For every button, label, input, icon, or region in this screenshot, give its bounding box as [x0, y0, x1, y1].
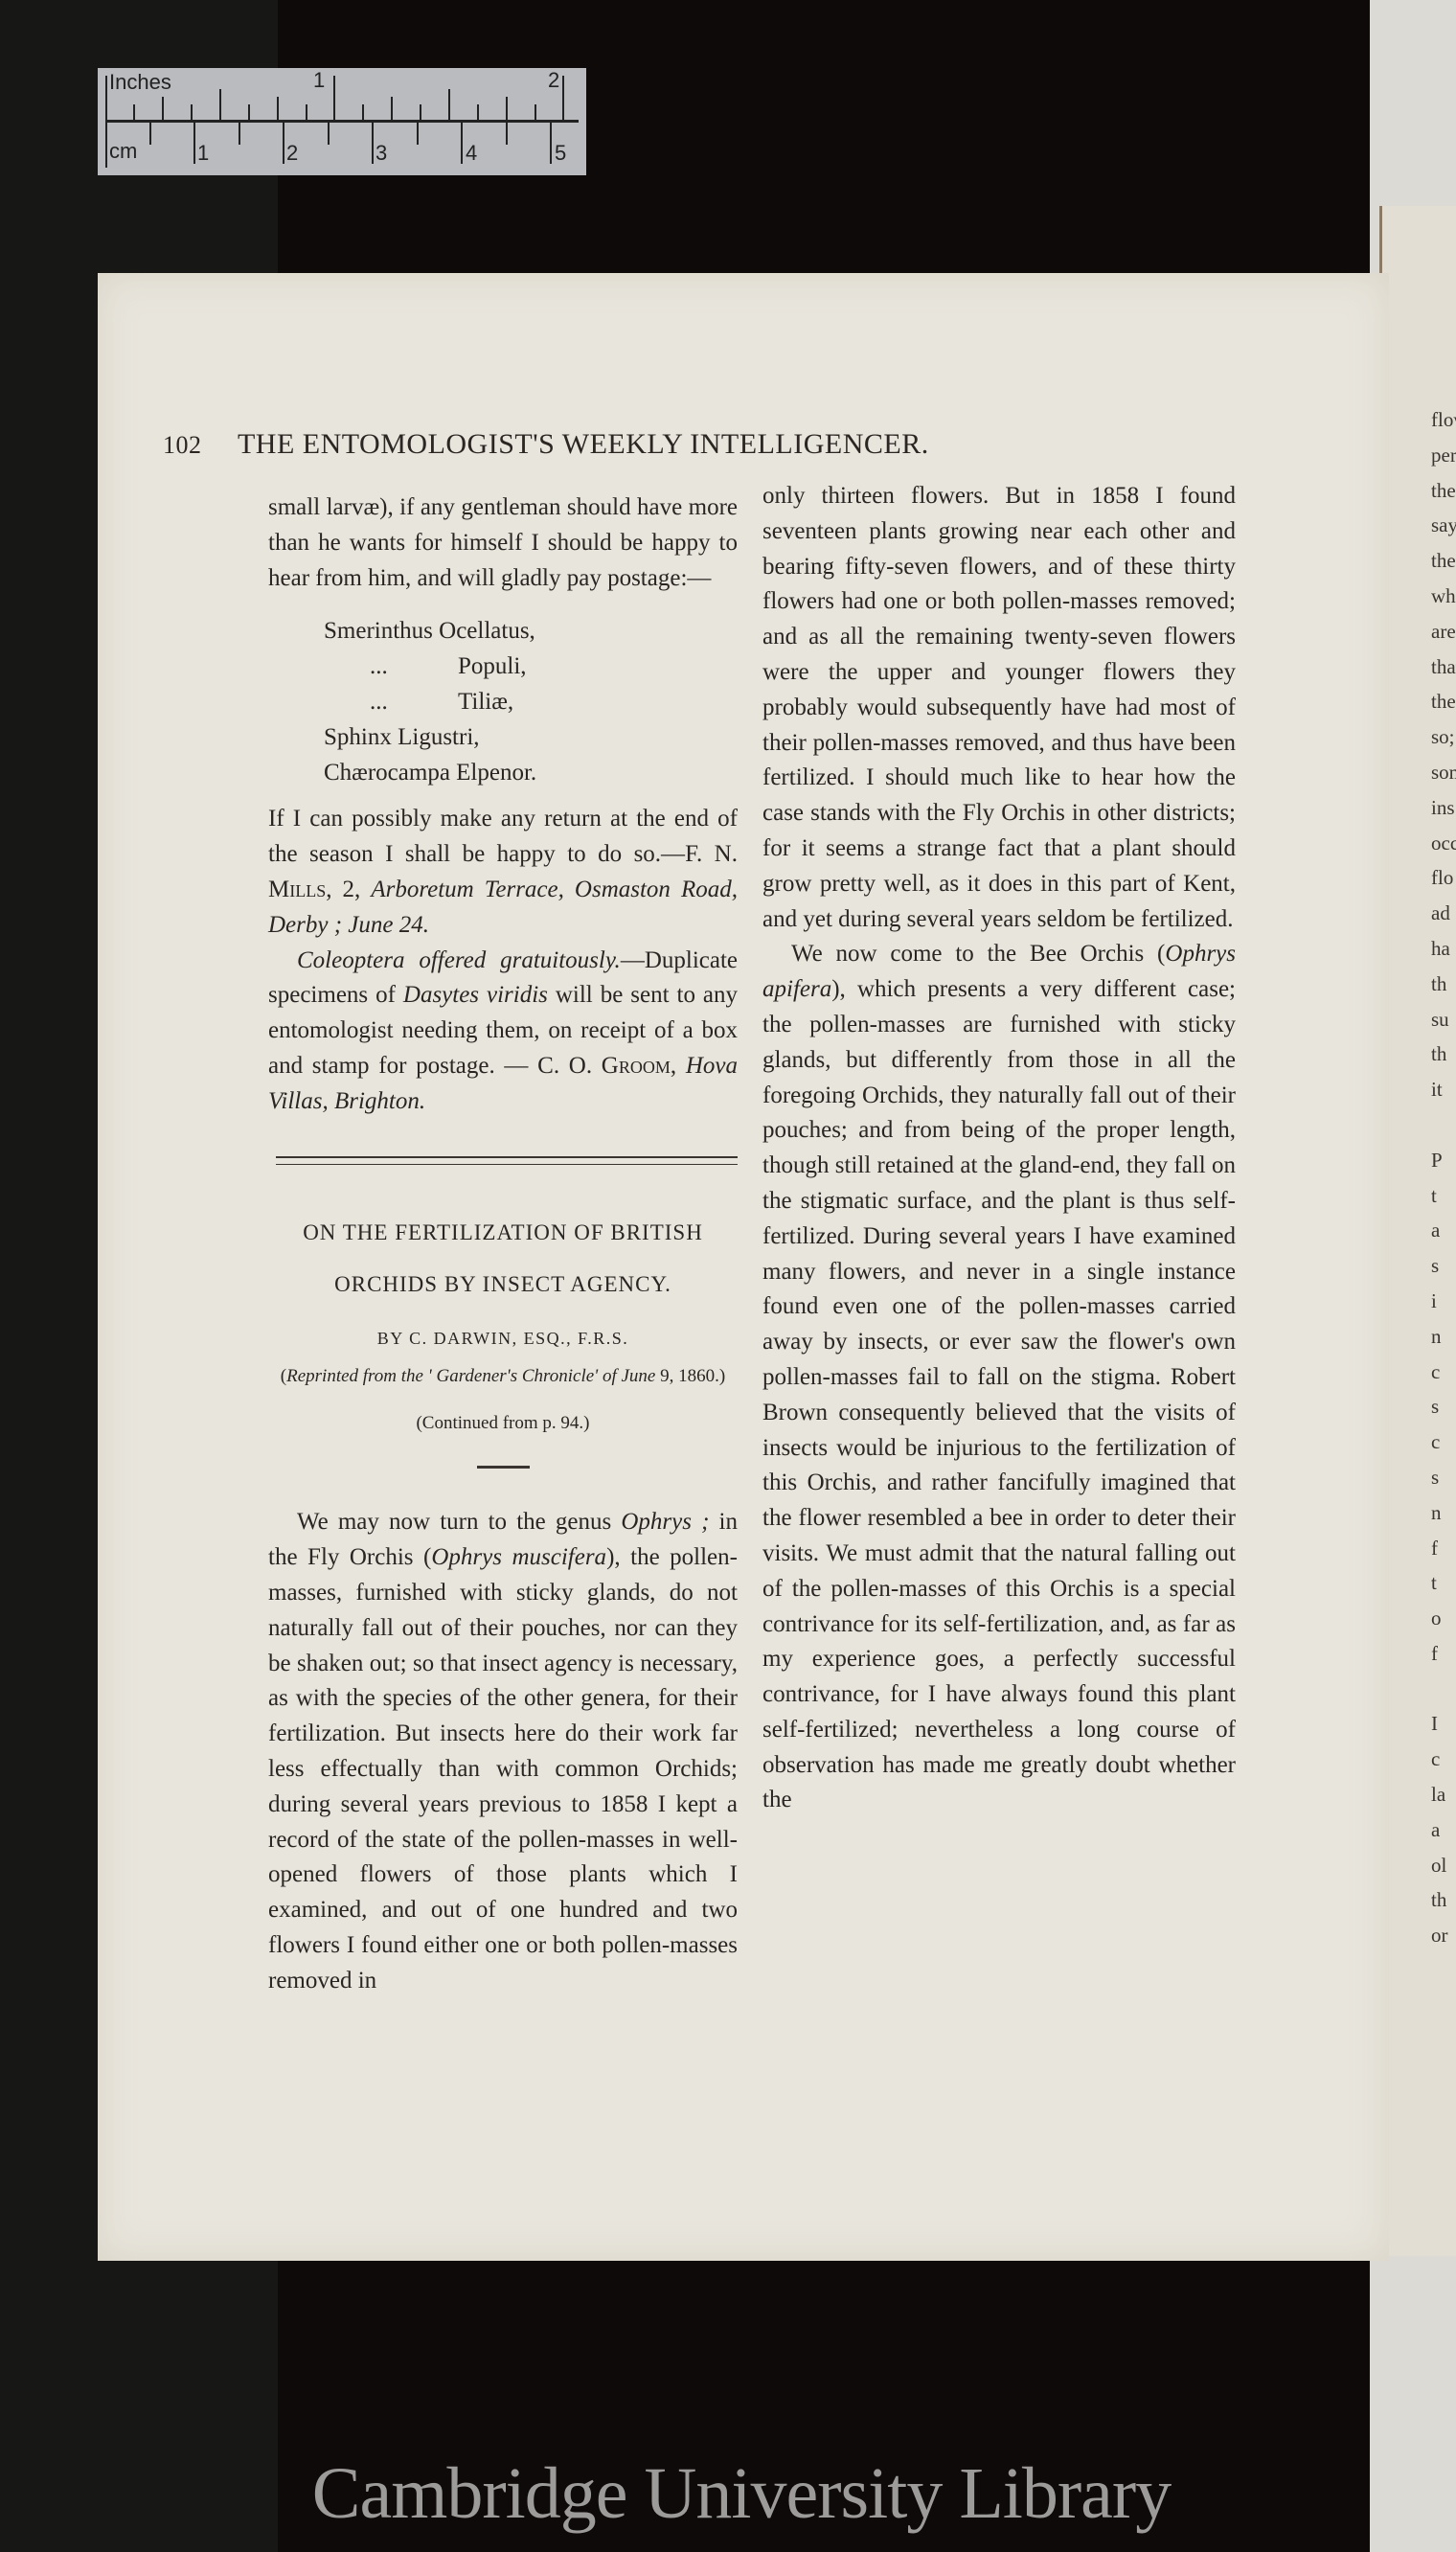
next-page-fragment: c [1431, 1355, 1456, 1390]
next-page-fragment: ha [1431, 931, 1456, 967]
next-page-fragment: or [1431, 1918, 1456, 1953]
species-list: Smerinthus Ocellatus, ...Populi, ...Tili… [324, 613, 738, 790]
right-column: only thirteen flowers. But in 1858 I fou… [762, 479, 1236, 1818]
article-paragraph: only thirteen flowers. But in 1858 I fou… [762, 479, 1236, 937]
species-item: Chærocampa Elpenor. [324, 755, 738, 790]
next-page-fragment: th [1431, 1882, 1456, 1918]
next-page-fragment: thes [1431, 684, 1456, 719]
return-offer: If I can possibly make any return at the… [268, 802, 738, 943]
page-number: 102 [163, 431, 202, 459]
ruler-cm-mark: 5 [555, 141, 566, 166]
coleoptera-notice: Coleoptera offered gratuitously.—Duplica… [268, 944, 738, 1120]
next-page-fragment: whi [1431, 579, 1456, 614]
next-page-fragment [1431, 1672, 1456, 1707]
next-page-fragment: ol [1431, 1848, 1456, 1883]
next-page-fragment: the [1431, 543, 1456, 579]
species-item: ...Populi, [324, 649, 738, 684]
scale-ruler: Inches 1 2 cm 1 2 3 4 5 [98, 68, 586, 175]
article-title: ON THE FERTILIZATION OF BRITISH [268, 1207, 738, 1259]
next-page-fragment: ins [1431, 790, 1456, 826]
next-page-fragment: so; [1431, 719, 1456, 755]
ruler-cm-mark: 4 [466, 141, 477, 166]
next-page-fragment: t [1431, 1178, 1456, 1214]
ruler-cm-mark: 1 [197, 141, 209, 166]
continued-note: (Continued from p. 94.) [268, 1406, 738, 1442]
short-divider [477, 1466, 530, 1469]
next-page-fragment: s [1431, 1460, 1456, 1495]
next-page-fragment: I [1431, 1706, 1456, 1742]
signature-name: C. O. Groom [537, 1053, 671, 1079]
next-page-fragment: say [1431, 508, 1456, 543]
ruler-inches-label: Inches [109, 70, 171, 95]
next-page-fragment: n [1431, 1319, 1456, 1355]
species-item: Sphinx Ligustri, [324, 719, 738, 755]
next-page-fragment: f [1431, 1636, 1456, 1672]
next-page-fragment [1431, 1107, 1456, 1143]
section-divider [276, 1156, 738, 1165]
next-page-fragment: th [1431, 1037, 1456, 1072]
next-page-fragment: a [1431, 1213, 1456, 1248]
next-page-fragment: ad [1431, 896, 1456, 931]
next-page-fragment: la [1431, 1777, 1456, 1812]
library-watermark: Cambridge University Library [282, 2452, 1201, 2536]
next-page-fragment: i [1431, 1284, 1456, 1319]
ruler-cm-mark: 2 [286, 141, 298, 166]
article-paragraph: We now come to the Bee Orchis (Ophrys ap… [762, 937, 1236, 1818]
next-page-fragment: s [1431, 1389, 1456, 1424]
journal-title: THE ENTOMOLOGIST'S WEEKLY INTELLIGENCER. [238, 428, 929, 460]
next-page-fragment: som [1431, 755, 1456, 790]
next-page-fragment: o [1431, 1601, 1456, 1636]
next-page-fragment: s [1431, 1248, 1456, 1284]
reprint-note: (Reprinted from the ' Gardener's Chronic… [268, 1364, 738, 1389]
next-page-fragment: it [1431, 1072, 1456, 1107]
next-page-fragment: occ [1431, 826, 1456, 861]
next-page-text-fragments: flowperptheirsaythewhiarethatthesso;somi… [1431, 402, 1456, 1953]
next-page-fragment: P [1431, 1143, 1456, 1178]
next-page-fragment: are [1431, 614, 1456, 649]
next-page-fragment: flow [1431, 402, 1456, 438]
next-page-fragment: su [1431, 1002, 1456, 1037]
notice-heading: Coleoptera offered gratuitously. [297, 947, 621, 973]
next-page-fragment: t [1431, 1565, 1456, 1601]
article-title: ORCHIDS BY INSECT AGENCY. [268, 1259, 738, 1310]
letter-intro: small larvæ), if any gentleman should ha… [268, 490, 738, 596]
next-page-fragment: th [1431, 967, 1456, 1002]
ruler-inch-mark: 1 [313, 68, 325, 93]
next-page-fragment: flo [1431, 860, 1456, 896]
running-head: 102 THE ENTOMOLOGIST'S WEEKLY INTELLIGEN… [163, 428, 1159, 461]
next-page-fragment: that [1431, 649, 1456, 685]
next-page-fragment: perp [1431, 438, 1456, 473]
article-byline: BY C. DARWIN, ESQ., F.R.S. [268, 1316, 738, 1360]
next-page-fragment: n [1431, 1495, 1456, 1531]
next-page-fragment: f [1431, 1531, 1456, 1566]
next-page-fragment: c [1431, 1424, 1456, 1460]
species-item: Smerinthus Ocellatus, [324, 613, 738, 649]
next-page-fragment: their [1431, 473, 1456, 509]
left-column: small larvæ), if any gentleman should ha… [268, 490, 738, 1999]
ruler-inch-mark: 2 [548, 68, 559, 93]
next-page-fragment: c [1431, 1742, 1456, 1777]
ruler-cm-mark: 3 [375, 141, 387, 166]
ruler-cm-label: cm [109, 139, 137, 164]
species-item: ...Tiliæ, [324, 684, 738, 719]
article-paragraph: We may now turn to the genus Ophrys ; in… [268, 1505, 738, 1998]
next-page-fragment: a [1431, 1812, 1456, 1848]
